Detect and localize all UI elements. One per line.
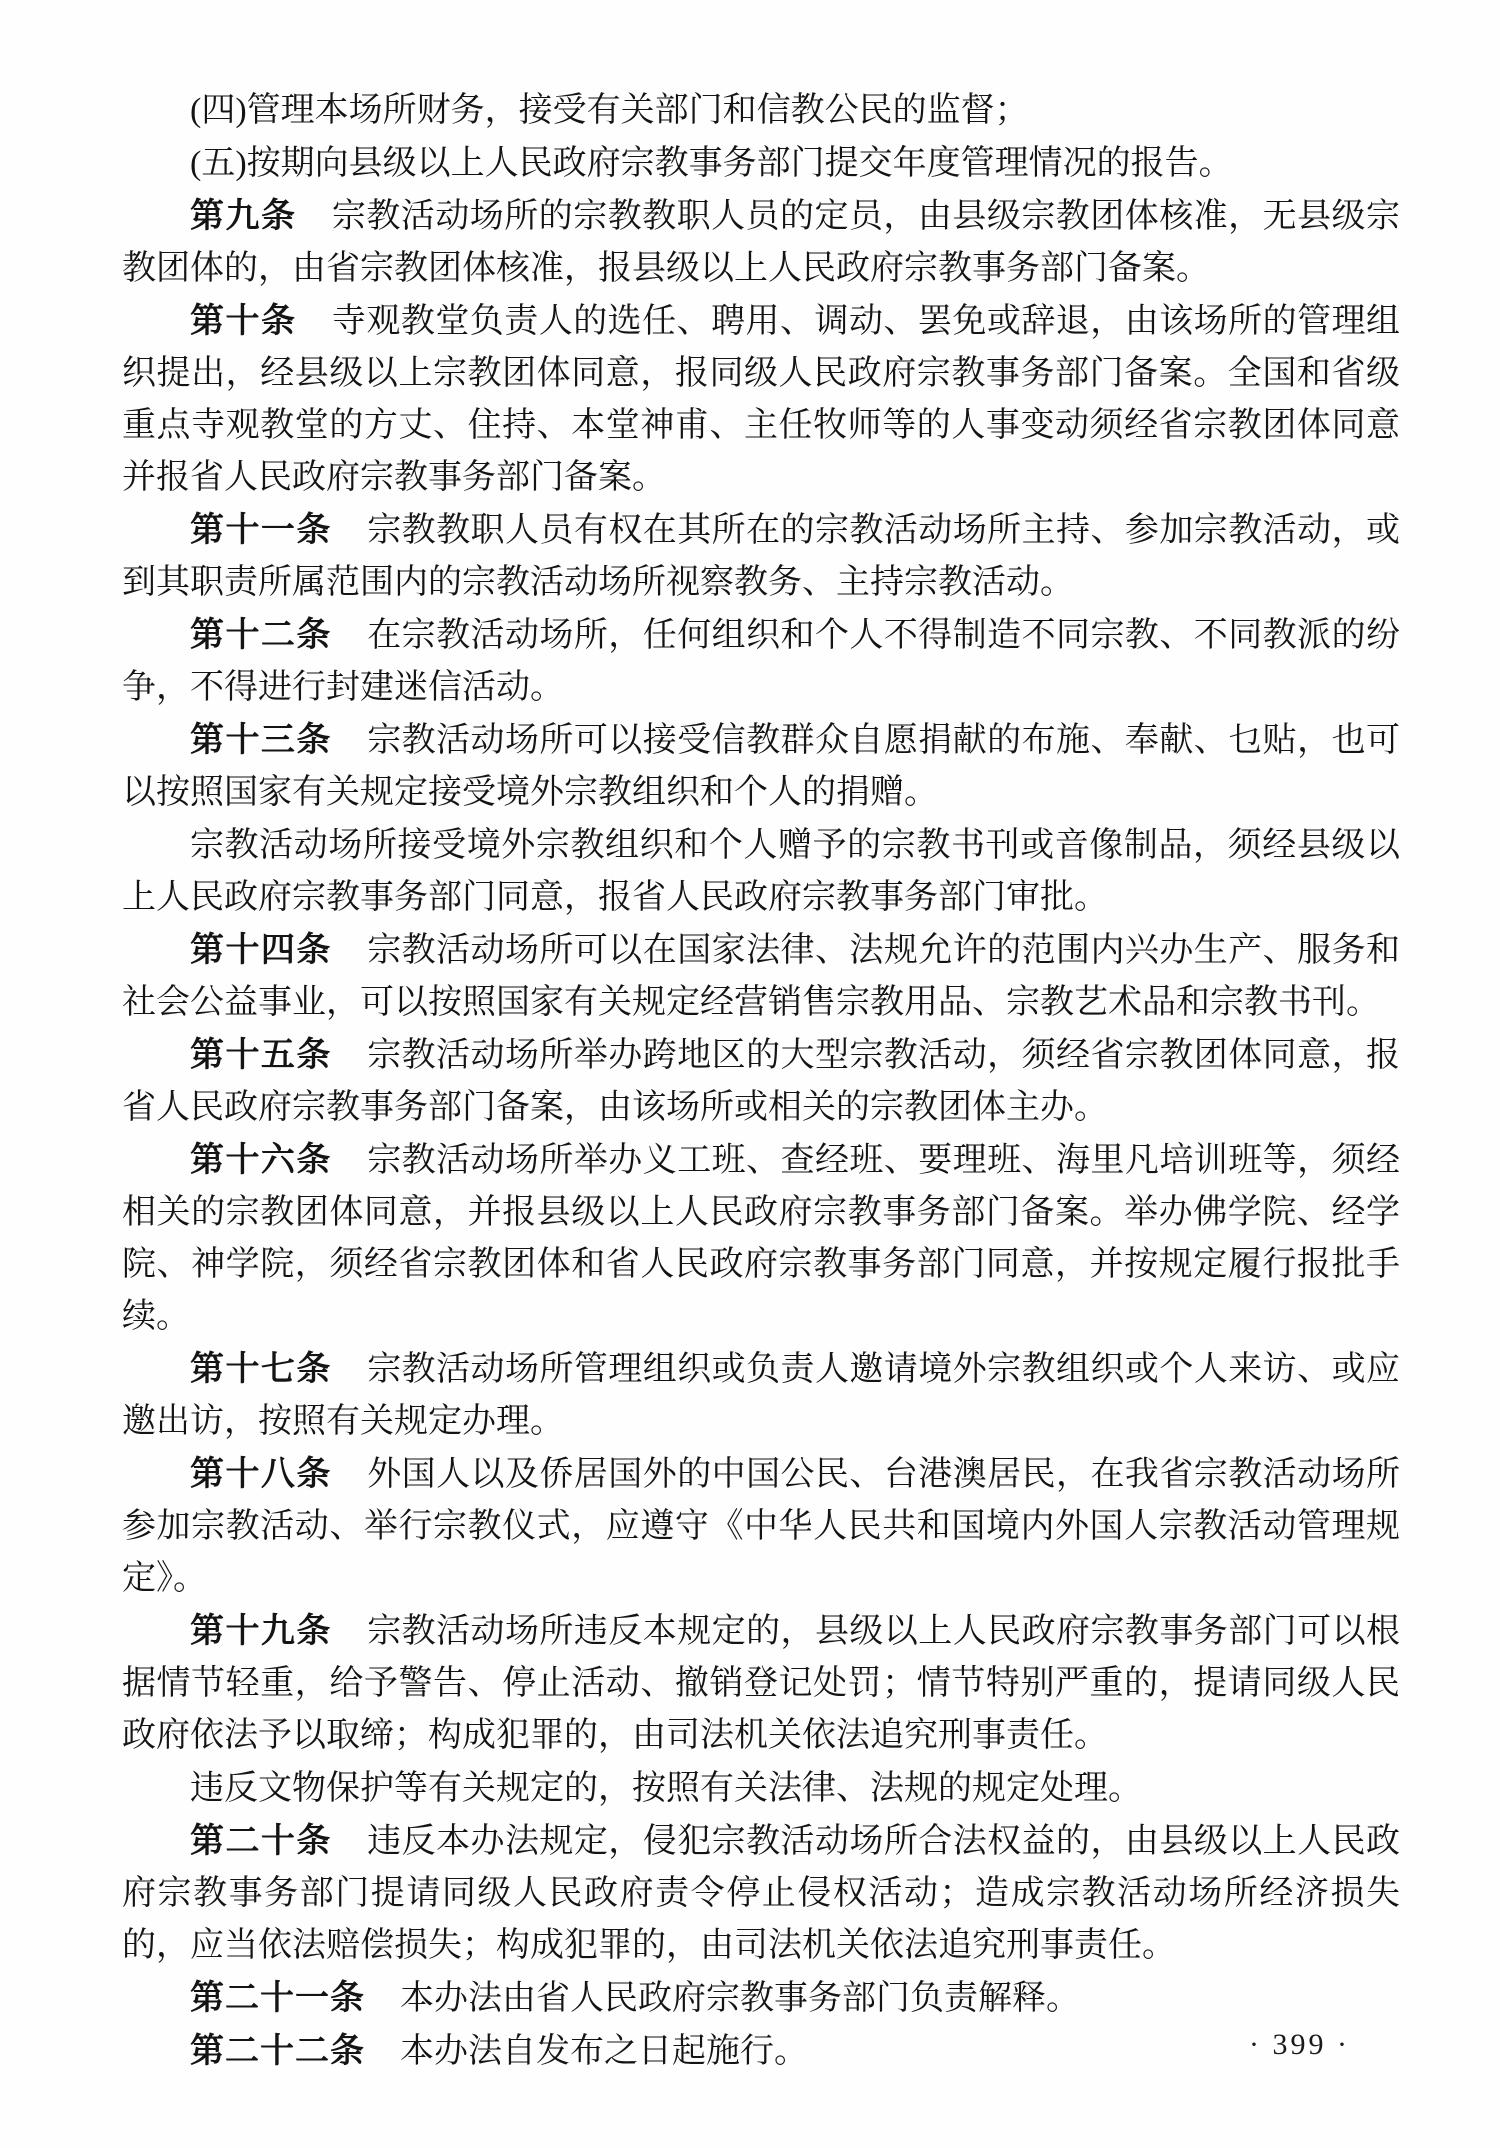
paragraph-text: 宗教活动场所接受境外宗教组织和个人赠予的宗教书刊或音像制品，须经县级以上人民政府… — [122, 827, 1400, 916]
paragraph: 第十七条宗教活动场所管理组织或负责人邀请境外宗教组织或个人来访、或应邀出访，按照… — [122, 1343, 1400, 1448]
article-number: 第二十条 — [190, 1822, 367, 1860]
paragraph: 第十五条宗教活动场所举办跨地区的大型宗教活动，须经省宗教团体同意，报省人民政府宗… — [122, 1029, 1400, 1134]
paragraph-text: (五)按期向县级以上人民政府宗教事务部门提交年度管理情况的报告。 — [190, 145, 1233, 182]
paragraph: 第十二条在宗教活动场所，任何组织和个人不得制造不同宗教、不同教派的纷争，不得进行… — [122, 609, 1400, 714]
paragraph-text: (四)管理本场所财务，接受有关部门和信教公民的监督； — [190, 92, 1029, 129]
paragraph: (五)按期向县级以上人民政府宗教事务部门提交年度管理情况的报告。 — [122, 137, 1400, 190]
paragraph-text: 本办法由省人民政府宗教事务部门负责解释。 — [400, 1980, 1080, 2017]
article-number: 第十条 — [190, 302, 332, 340]
paragraph: 第十条寺观教堂负责人的选任、聘用、调动、罢免或辞退，由该场所的管理组织提出，经县… — [122, 295, 1400, 504]
paragraph: 第十三条宗教活动场所可以接受信教群众自愿捐献的布施、奉献、乜贴，也可以按照国家有… — [122, 714, 1400, 819]
paragraph: 第十九条宗教活动场所违反本规定的，县级以上人民政府宗教事务部门可以根据情节轻重，… — [122, 1605, 1400, 1762]
paragraph: 第十四条宗教活动场所可以在国家法律、法规允许的范围内兴办生产、服务和社会公益事业… — [122, 924, 1400, 1029]
paragraph: 第十一条宗教教职人员有权在其所在的宗教活动场所主持、参加宗教活动，或到其职责所属… — [122, 504, 1400, 609]
paragraph-text: 违反文物保护等有关规定的，按照有关法律、法规的规定处理。 — [190, 1770, 1142, 1807]
article-number: 第十三条 — [190, 721, 367, 759]
article-number: 第十一条 — [190, 511, 367, 549]
paragraph: 第九条宗教活动场所的宗教教职人员的定员，由县级宗教团体核准，无县级宗教团体的，由… — [122, 190, 1400, 295]
paragraph: 第二十二条本办法自发布之日起施行。 — [122, 2025, 1400, 2078]
article-number: 第十七条 — [190, 1350, 367, 1388]
article-number: 第十六条 — [190, 1141, 367, 1179]
paragraph: 违反文物保护等有关规定的，按照有关法律、法规的规定处理。 — [122, 1762, 1400, 1815]
article-number: 第十八条 — [190, 1455, 367, 1493]
article-number: 第二十二条 — [190, 2032, 400, 2070]
article-number: 第二十一条 — [190, 1979, 400, 2017]
article-number: 第九条 — [190, 197, 332, 235]
document-body: (四)管理本场所财务，接受有关部门和信教公民的监督； (五)按期向县级以上人民政… — [122, 84, 1400, 2078]
paragraph: (四)管理本场所财务，接受有关部门和信教公民的监督； — [122, 84, 1400, 137]
paragraph: 第二十条违反本办法规定，侵犯宗教活动场所合法权益的，由县级以上人民政府宗教事务部… — [122, 1815, 1400, 1972]
paragraph: 宗教活动场所接受境外宗教组织和个人赠予的宗教书刊或音像制品，须经县级以上人民政府… — [122, 819, 1400, 924]
paragraph: 第十八条外国人以及侨居国外的中国公民、台港澳居民，在我省宗教活动场所参加宗教活动… — [122, 1448, 1400, 1605]
paragraph: 第二十一条本办法由省人民政府宗教事务部门负责解释。 — [122, 1972, 1400, 2025]
article-number: 第十二条 — [190, 616, 367, 654]
paragraph-text: 本办法自发布之日起施行。 — [400, 2033, 808, 2070]
article-number: 第十四条 — [190, 931, 367, 969]
article-number: 第十五条 — [190, 1036, 367, 1074]
paragraph: 第十六条宗教活动场所举办义工班、查经班、要理班、海里凡培训班等，须经相关的宗教团… — [122, 1134, 1400, 1343]
article-number: 第十九条 — [190, 1612, 367, 1650]
page-number: · 399 · — [1249, 2028, 1350, 2062]
